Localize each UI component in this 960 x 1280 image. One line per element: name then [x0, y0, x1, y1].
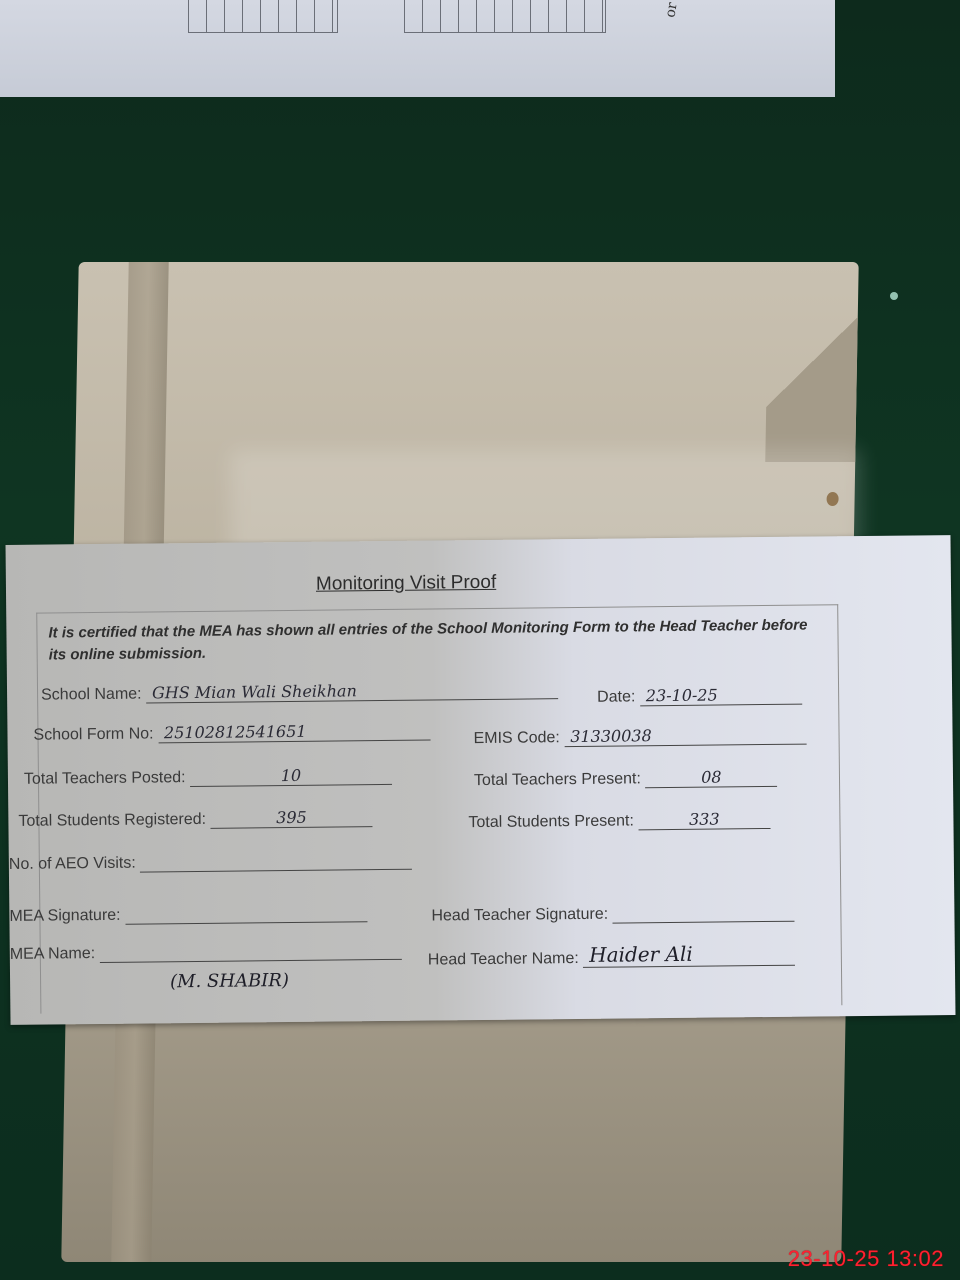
- grid-box-left: [188, 0, 338, 33]
- head-teacher-name-value: Haider Ali: [583, 941, 795, 968]
- head-teacher-signature-row: Head Teacher Signature: (signed): [431, 897, 794, 926]
- school-form-no-label: School Form No:: [33, 725, 153, 744]
- aeo-visits-value: [140, 851, 412, 873]
- mea-signature-row: MEA Signature: (signed): [9, 897, 367, 926]
- students-present-label: Total Students Present:: [468, 812, 634, 832]
- background-paper-sheet: or: [0, 0, 835, 97]
- grid-box-right: [404, 0, 606, 33]
- teachers-present-value: 08: [645, 767, 777, 788]
- camera-timestamp: 23-10-25 13:02: [788, 1246, 944, 1272]
- date-value: 23-10-25: [640, 685, 802, 707]
- light-glint: [890, 292, 898, 300]
- students-present-value: 333: [638, 809, 770, 830]
- head-teacher-name-row: Head Teacher Name: Haider Ali: [428, 941, 796, 970]
- school-form-no-row: School Form No: 25102812541651: [33, 721, 430, 745]
- certification-text: It is certified that the MEA has shown a…: [48, 614, 828, 666]
- students-registered-label: Total Students Registered:: [18, 811, 206, 831]
- teachers-present-row: Total Teachers Present: 08: [474, 767, 778, 790]
- students-registered-value: 395: [210, 807, 372, 829]
- emis-code-row: EMIS Code: 31330038: [473, 725, 806, 748]
- students-registered-row: Total Students Registered: 395: [18, 807, 372, 831]
- teachers-posted-value: 10: [190, 765, 392, 787]
- students-present-row: Total Students Present: 333: [468, 809, 770, 832]
- school-name-label: School Name:: [41, 686, 142, 705]
- paper-scribble: or: [662, 1, 680, 19]
- emis-code-value: 31330038: [564, 725, 806, 748]
- teachers-posted-row: Total Teachers Posted: 10: [24, 765, 392, 789]
- date-label: Date:: [597, 688, 635, 706]
- mea-signature-label: MEA Signature:: [9, 907, 120, 926]
- teachers-posted-label: Total Teachers Posted:: [24, 769, 186, 789]
- teachers-present-label: Total Teachers Present:: [474, 770, 641, 790]
- register-corner-fold: [765, 262, 858, 462]
- head-teacher-signature-label: Head Teacher Signature:: [431, 906, 608, 926]
- mea-name-line: [100, 941, 402, 963]
- date-row: Date: 23-10-25: [597, 685, 802, 707]
- school-form-no-value: 25102812541651: [158, 721, 430, 744]
- mea-name-value: (M. SHABIR): [170, 970, 289, 992]
- emis-code-label: EMIS Code:: [473, 729, 559, 748]
- head-teacher-signature-value: (signed): [612, 897, 794, 924]
- monitoring-visit-proof-form: Monitoring Visit Proof It is certified t…: [6, 535, 956, 1025]
- mea-name-label: MEA Name:: [10, 945, 96, 964]
- aeo-visits-label: No. of AEO Visits:: [9, 855, 136, 874]
- form-title: Monitoring Visit Proof: [316, 572, 496, 596]
- head-teacher-name-label: Head Teacher Name:: [428, 950, 579, 970]
- mea-signature-value: (signed): [125, 897, 367, 925]
